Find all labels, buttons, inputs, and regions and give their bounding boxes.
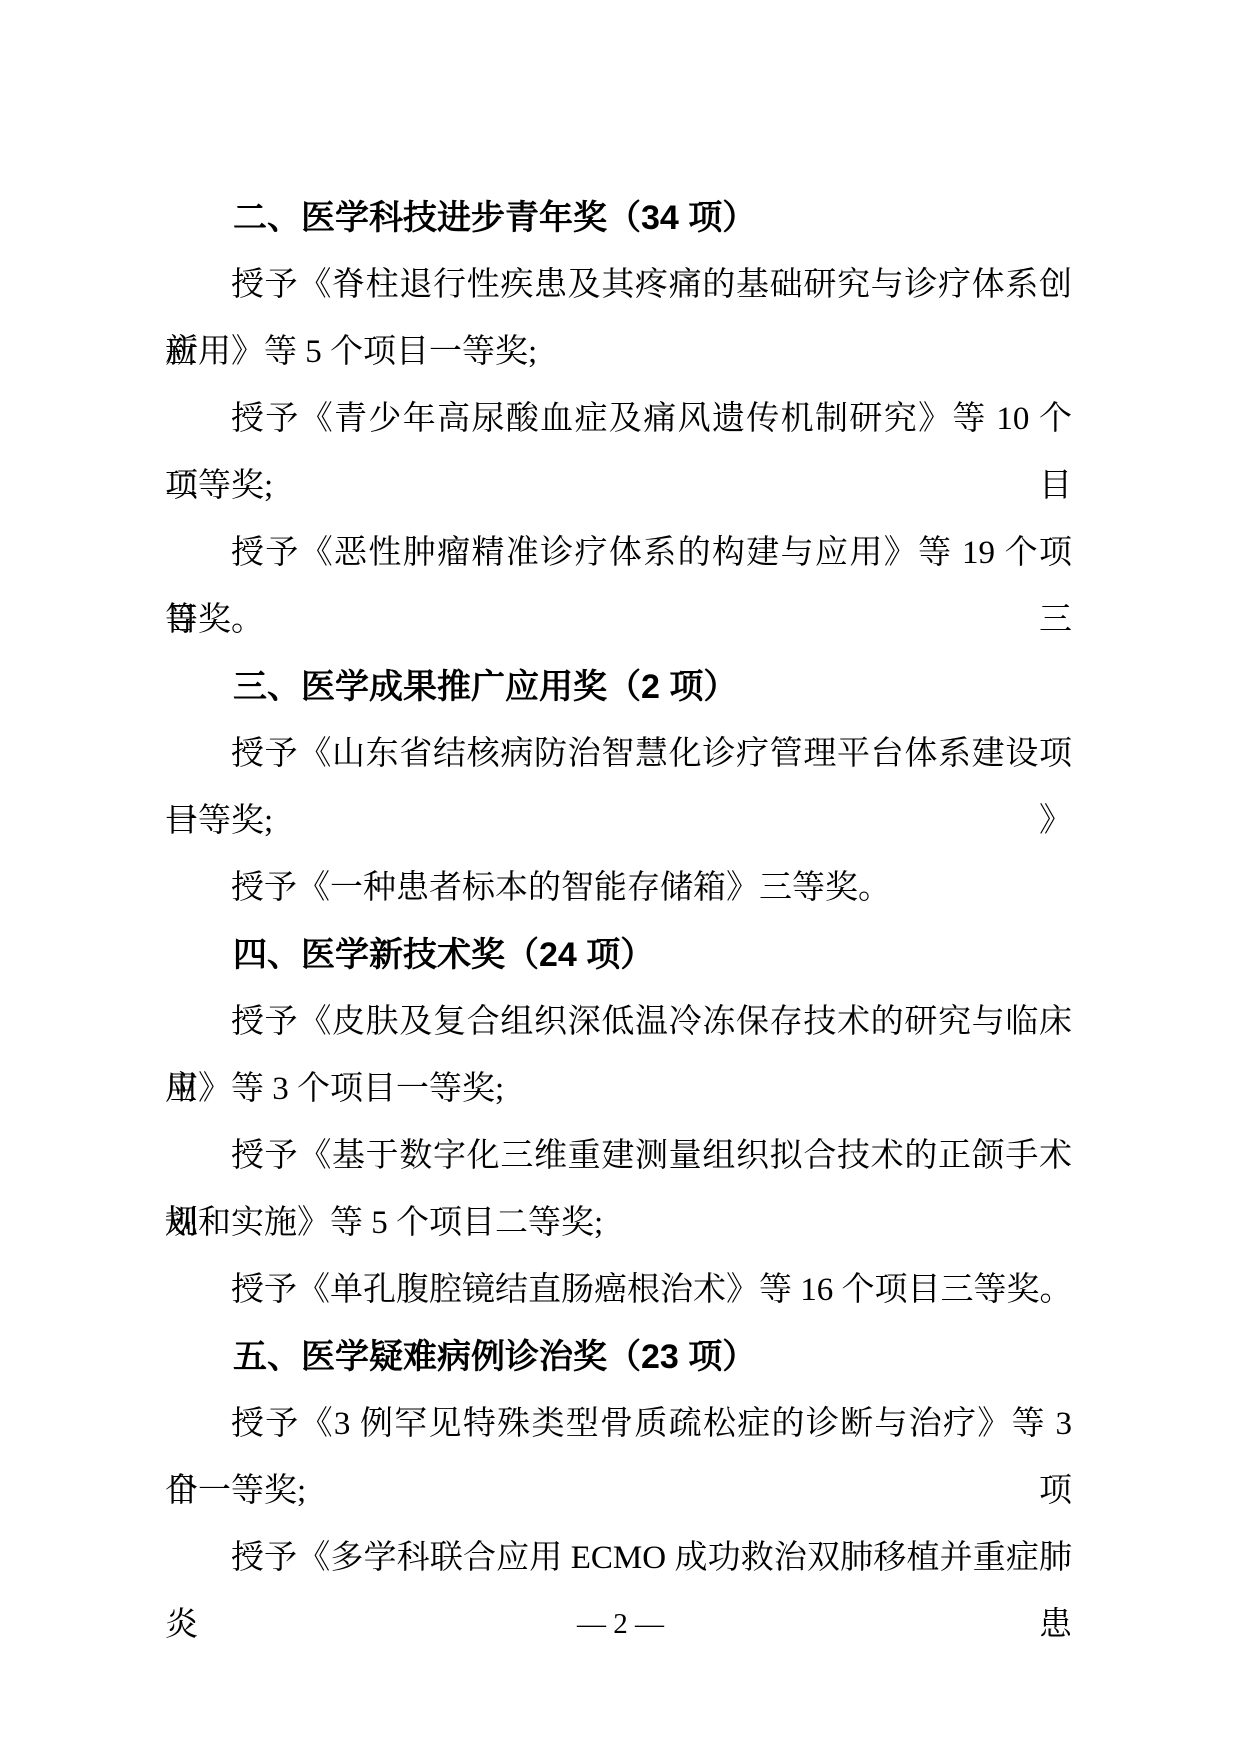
- body-line: 授予《皮肤及复合组织深低温冷冻保存技术的研究与临床应: [165, 989, 1072, 1056]
- body-line: 授予《脊柱退行性疾患及其疼痛的基础研究与诊疗体系创新: [165, 252, 1072, 319]
- body-line: 授予《青少年高尿酸血症及痛风遗传机制研究》等 10 个项目: [165, 386, 1072, 453]
- body-line: 授予《多学科联合应用 ECMO 成功救治双肺移植并重症肺炎患: [165, 1525, 1072, 1592]
- body-line: 授予《一种患者标本的智能存储箱》三等奖。: [165, 855, 1072, 922]
- body-line: 用》等 3 个项目一等奖;: [165, 1056, 1072, 1123]
- body-line: 授予《3 例罕见特殊类型骨质疏松症的诊断与治疗》等 3 个项: [165, 1391, 1072, 1458]
- document-body: 二、医学科技进步青年奖（34 项）授予《脊柱退行性疾患及其疼痛的基础研究与诊疗体…: [165, 185, 1072, 1592]
- body-line: 划和实施》等 5 个项目二等奖;: [165, 1190, 1072, 1257]
- section-heading: 三、医学成果推广应用奖（2 项）: [165, 654, 1072, 721]
- section-heading: 五、医学疑难病例诊治奖（23 项）: [165, 1324, 1072, 1391]
- document-page: 二、医学科技进步青年奖（34 项）授予《脊柱退行性疾患及其疼痛的基础研究与诊疗体…: [0, 0, 1241, 1754]
- section-heading: 二、医学科技进步青年奖（34 项）: [165, 185, 1072, 252]
- body-line: 授予《山东省结核病防治智慧化诊疗管理平台体系建设项目》: [165, 721, 1072, 788]
- body-line: 应用》等 5 个项目一等奖;: [165, 319, 1072, 386]
- page-number: — 2 —: [0, 1600, 1241, 1648]
- body-line: 授予《单孔腹腔镜结直肠癌根治术》等 16 个项目三等奖。: [165, 1257, 1072, 1324]
- body-line: 授予《基于数字化三维重建测量组织拟合技术的正颌手术规: [165, 1123, 1072, 1190]
- body-line: 授予《恶性肿瘤精准诊疗体系的构建与应用》等 19 个项目三: [165, 520, 1072, 587]
- section-heading: 四、医学新技术奖（24 项）: [165, 922, 1072, 989]
